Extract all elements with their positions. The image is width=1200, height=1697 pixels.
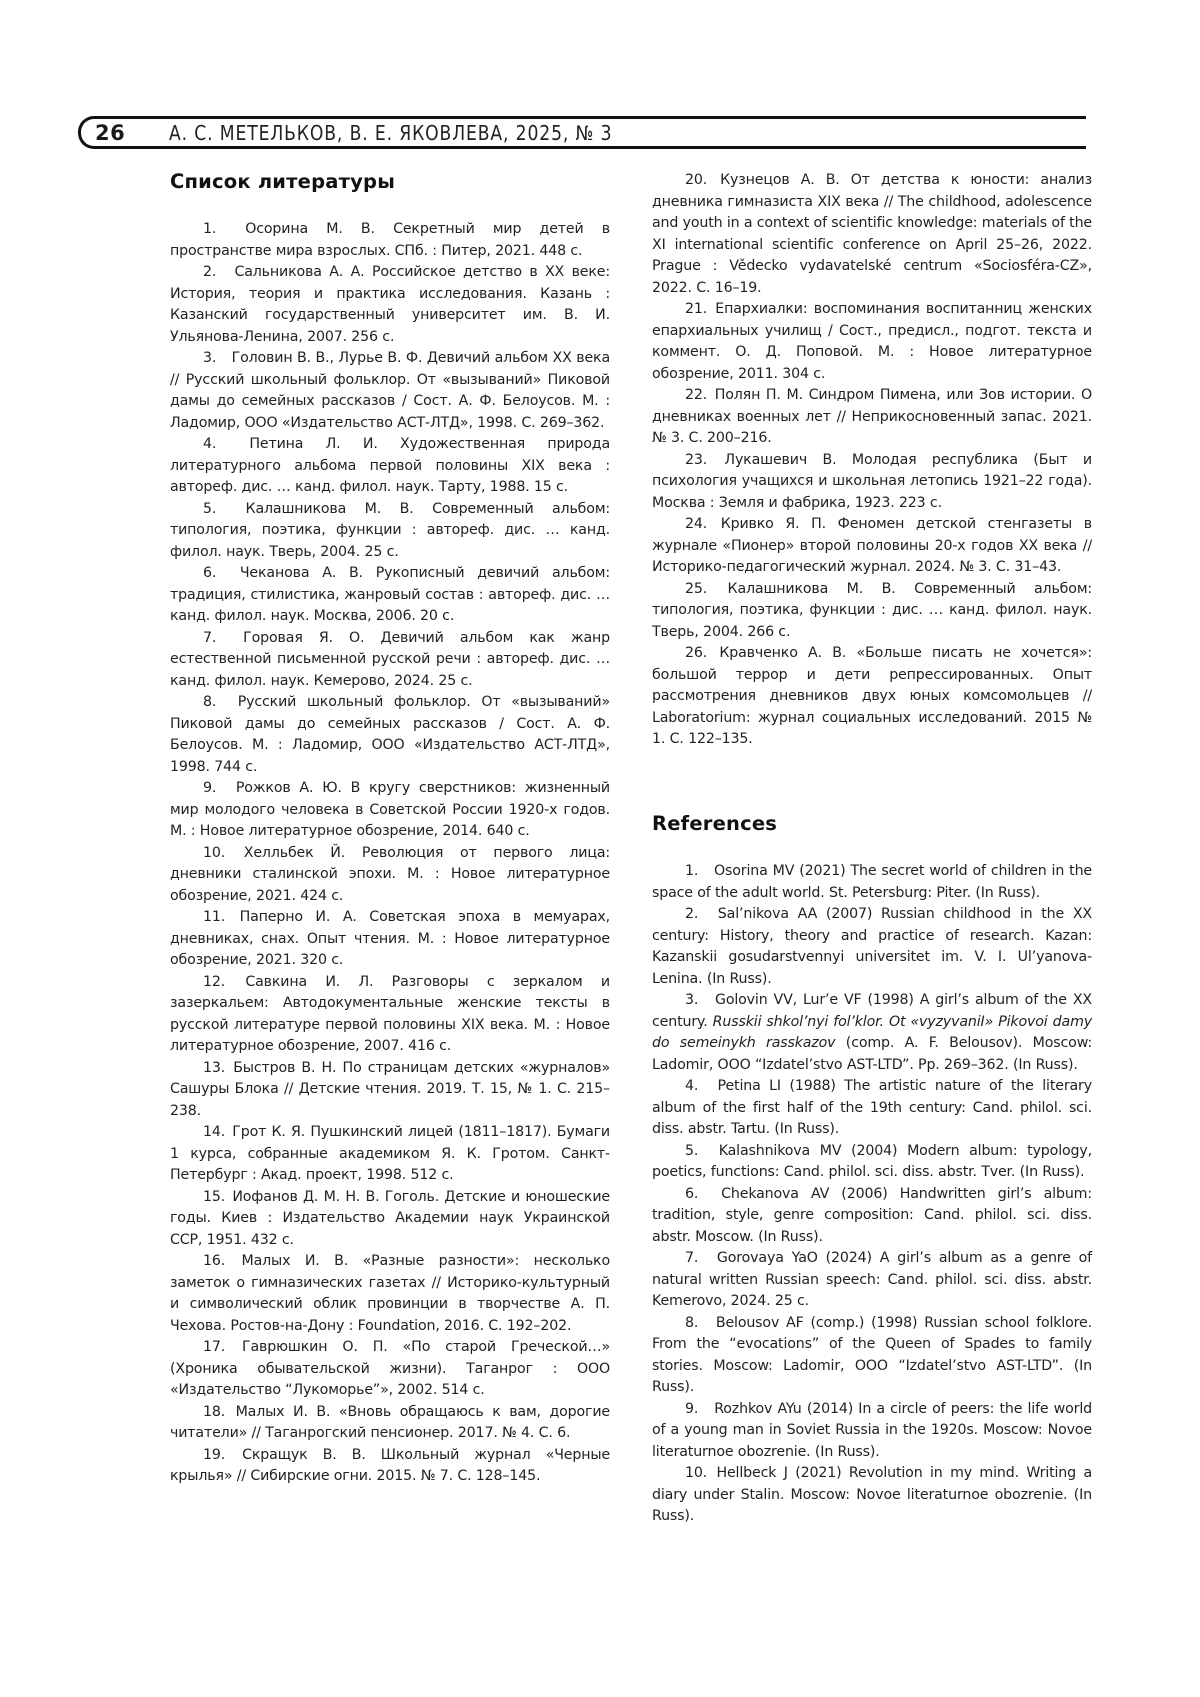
left-column: Список литературы 1. Осорина М. В. Секре… <box>170 170 610 1488</box>
reference-text: Савкина И. Л. Разговоры с зеркалом и заз… <box>170 974 610 1055</box>
reference-text: Полян П. М. Синдром Пимена, или Зов исто… <box>652 387 1092 446</box>
reference-number: 6. <box>685 1184 709 1206</box>
reference-item: 4. Petina LI (1988) The artistic nature … <box>652 1076 1092 1141</box>
reference-item: 9. Rozhkov AYu (2014) In a circle of pee… <box>652 1399 1092 1464</box>
reference-item: 10. Hellbeck J (2021) Revolution in my m… <box>652 1463 1092 1528</box>
reference-number: 24. <box>685 514 709 536</box>
reference-number: 1. <box>203 219 227 241</box>
reference-number: 11. <box>203 907 227 929</box>
reference-text: Паперно И. А. Советская эпоха в мемуарах… <box>170 909 610 968</box>
reference-number: 5. <box>685 1141 709 1163</box>
reference-item: 26. Кравченко А. В. «Больше писать не хо… <box>652 643 1092 751</box>
reference-text: Малых И. В. «Вновь обращаюсь к вам, доро… <box>170 1404 610 1442</box>
reference-item: 3. Головин В. В., Лурье В. Ф. Девичий ал… <box>170 348 610 434</box>
reference-number: 1. <box>685 861 709 883</box>
reference-number: 9. <box>203 778 227 800</box>
reference-item: 19. Скращук В. В. Школьный журнал «Черны… <box>170 1445 610 1488</box>
reference-number: 13. <box>203 1058 227 1080</box>
reference-number: 25. <box>685 579 709 601</box>
reference-item: 25. Калашникова М. В. Современный альбом… <box>652 579 1092 644</box>
reference-text: Рожков А. Ю. В кругу сверстников: жизнен… <box>170 780 610 839</box>
reference-text: Rozhkov AYu (2014) In a circle of peers:… <box>652 1401 1092 1460</box>
reference-item: 6. Chekanova AV (2006) Handwritten girl’… <box>652 1184 1092 1249</box>
literature-list: 1. Осорина М. В. Секретный мир детей в п… <box>170 219 610 1488</box>
reference-number: 3. <box>203 348 227 370</box>
reference-number: 19. <box>203 1445 227 1467</box>
running-head: 26 А. С. МЕТЕЛЬКОВ, В. Е. ЯКОВЛЕВА, 2025… <box>78 116 1086 149</box>
reference-item: 14. Грот К. Я. Пушкинский лицей (1811–18… <box>170 1122 610 1187</box>
reference-item: 20. Кузнецов А. В. От детства к юности: … <box>652 170 1092 299</box>
reference-item: 18. Малых И. В. «Вновь обращаюсь к вам, … <box>170 1402 610 1445</box>
reference-item: 10. Хелльбек Й. Революция от первого лиц… <box>170 843 610 908</box>
reference-item: 1. Osorina MV (2021) The secret world of… <box>652 861 1092 904</box>
references-section: References 1. Osorina MV (2021) The secr… <box>652 812 1092 1528</box>
reference-item: 3. Golovin VV, Lur’e VF (1998) A girl’s … <box>652 990 1092 1076</box>
reference-text: Chekanova AV (2006) Handwritten girl’s a… <box>652 1186 1092 1245</box>
reference-item: 5. Kalashnikova MV (2004) Modern album: … <box>652 1141 1092 1184</box>
reference-number: 22. <box>685 385 709 407</box>
references-list: 1. Osorina MV (2021) The secret world of… <box>652 861 1092 1528</box>
reference-number: 9. <box>685 1399 709 1421</box>
reference-text: Грот К. Я. Пушкинский лицей (1811–1817).… <box>170 1124 610 1183</box>
reference-number: 23. <box>685 450 709 472</box>
references-heading: References <box>652 812 1092 835</box>
reference-text: Кравченко А. В. «Больше писать не хочетс… <box>652 645 1092 747</box>
reference-item: 4. Петина Л. И. Художественная природа л… <box>170 434 610 499</box>
reference-number: 8. <box>685 1313 709 1335</box>
reference-number: 2. <box>203 262 227 284</box>
reference-number: 16. <box>203 1251 227 1273</box>
reference-text: Быстров В. Н. По страницам детских «журн… <box>170 1060 610 1119</box>
reference-number: 15. <box>203 1187 227 1209</box>
reference-item: 5. Калашникова М. В. Современный альбом:… <box>170 499 610 564</box>
reference-number: 3. <box>685 990 709 1012</box>
reference-text: Хелльбек Й. Революция от первого лица: д… <box>170 845 610 904</box>
reference-item: 8. Русский школьный фольклор. От «вызыва… <box>170 692 610 778</box>
reference-number: 20. <box>685 170 709 192</box>
reference-number: 4. <box>685 1076 709 1098</box>
reference-item: 9. Рожков А. Ю. В кругу сверстников: жиз… <box>170 778 610 843</box>
reference-number: 17. <box>203 1337 227 1359</box>
reference-text: Petina LI (1988) The artistic nature of … <box>652 1078 1092 1137</box>
reference-text: Сальникова А. А. Российское детство в XX… <box>170 264 610 345</box>
reference-item: 21. Епархиалки: воспоминания воспитанниц… <box>652 299 1092 385</box>
reference-text: Чеканова А. В. Рукописный девичий альбом… <box>170 565 610 624</box>
reference-text: Головин В. В., Лурье В. Ф. Девичий альбо… <box>170 350 610 431</box>
literature-list-continued: 20. Кузнецов А. В. От детства к юности: … <box>652 170 1092 751</box>
reference-number: 14. <box>203 1122 227 1144</box>
reference-text: Gorovaya YaO (2024) A girl’s album as a … <box>652 1250 1092 1309</box>
reference-text: Скращук В. В. Школьный журнал «Черные кр… <box>170 1447 610 1485</box>
literature-heading: Список литературы <box>170 170 610 193</box>
reference-text: Лукашевич В. Молодая республика (Быт и п… <box>652 452 1092 511</box>
reference-number: 7. <box>203 628 227 650</box>
reference-number: 8. <box>203 692 227 714</box>
reference-text: Гаврюшкин О. П. «По старой Греческой…» (… <box>170 1339 610 1398</box>
reference-text: Епархиалки: воспоминания воспитанниц жен… <box>652 301 1092 382</box>
reference-text: Иофанов Д. М. Н. В. Гоголь. Детские и юн… <box>170 1189 610 1248</box>
reference-item: 23. Лукашевич В. Молодая республика (Быт… <box>652 450 1092 515</box>
reference-item: 17. Гаврюшкин О. П. «По старой Греческой… <box>170 1337 610 1402</box>
reference-text: Осорина М. В. Секретный мир детей в прос… <box>170 221 610 259</box>
reference-text: Sal’nikova AA (2007) Russian childhood i… <box>652 906 1092 987</box>
reference-text: Кривко Я. П. Феномен детской стенгазеты … <box>652 516 1092 575</box>
reference-text: Hellbeck J (2021) Revolution in my mind.… <box>652 1465 1092 1524</box>
reference-item: 13. Быстров В. Н. По страницам детских «… <box>170 1058 610 1123</box>
reference-number: 6. <box>203 563 227 585</box>
reference-text: Kalashnikova MV (2004) Modern album: typ… <box>652 1143 1092 1181</box>
reference-text: Кузнецов А. В. От детства к юности: анал… <box>652 172 1092 296</box>
reference-number: 26. <box>685 643 709 665</box>
reference-item: 24. Кривко Я. П. Феномен детской стенгаз… <box>652 514 1092 579</box>
reference-item: 16. Малых И. В. «Разные разности»: неско… <box>170 1251 610 1337</box>
reference-number: 10. <box>685 1463 709 1485</box>
reference-number: 12. <box>203 972 227 994</box>
reference-text: Петина Л. И. Художественная природа лите… <box>170 436 610 495</box>
reference-number: 5. <box>203 499 227 521</box>
reference-number: 21. <box>685 299 709 321</box>
reference-item: 1. Осорина М. В. Секретный мир детей в п… <box>170 219 610 262</box>
reference-number: 10. <box>203 843 227 865</box>
reference-text: Калашникова М. В. Современный альбом: ти… <box>170 501 610 560</box>
reference-item: 7. Горовая Я. О. Девичий альбом как жанр… <box>170 628 610 693</box>
reference-item: 8. Belousov AF (comp.) (1998) Russian sc… <box>652 1313 1092 1399</box>
reference-number: 18. <box>203 1402 227 1424</box>
reference-item: 22. Полян П. М. Синдром Пимена, или Зов … <box>652 385 1092 450</box>
running-title: А. С. МЕТЕЛЬКОВ, В. Е. ЯКОВЛЕВА, 2025, №… <box>169 121 612 145</box>
reference-text: Osorina MV (2021) The secret world of ch… <box>652 863 1092 901</box>
reference-item: 6. Чеканова А. В. Рукописный девичий аль… <box>170 563 610 628</box>
reference-item: 7. Gorovaya YaO (2024) A girl’s album as… <box>652 1248 1092 1313</box>
reference-text: Русский школьный фольклор. От «вызываний… <box>170 694 610 775</box>
page-number: 26 <box>95 121 169 145</box>
reference-number: 2. <box>685 904 709 926</box>
reference-text: Малых И. В. «Разные разности»: несколько… <box>170 1253 610 1334</box>
reference-item: 2. Sal’nikova AA (2007) Russian childhoo… <box>652 904 1092 990</box>
right-column: 20. Кузнецов А. В. От детства к юности: … <box>652 170 1092 751</box>
reference-text: Калашникова М. В. Современный альбом: ти… <box>652 581 1092 640</box>
reference-number: 4. <box>203 434 227 456</box>
reference-item: 2. Сальникова А. А. Российское детство в… <box>170 262 610 348</box>
reference-item: 11. Паперно И. А. Советская эпоха в мему… <box>170 907 610 972</box>
reference-text: Горовая Я. О. Девичий альбом как жанр ес… <box>170 630 610 689</box>
reference-text: Belousov AF (comp.) (1998) Russian schoo… <box>652 1315 1092 1396</box>
reference-item: 15. Иофанов Д. М. Н. В. Гоголь. Детские … <box>170 1187 610 1252</box>
reference-item: 12. Савкина И. Л. Разговоры с зеркалом и… <box>170 972 610 1058</box>
reference-number: 7. <box>685 1248 709 1270</box>
